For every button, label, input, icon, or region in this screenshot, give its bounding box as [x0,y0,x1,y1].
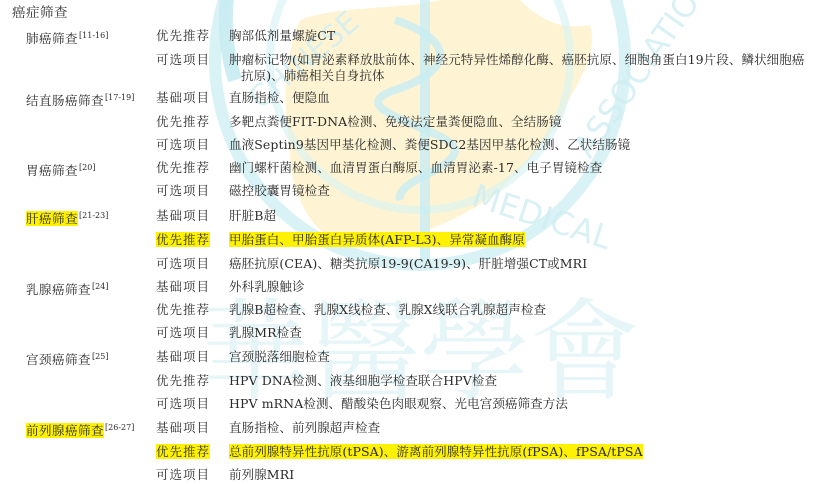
reference-citation[interactable]: [26-27] [105,423,134,432]
screening-category: 结直肠癌筛查[17-19] [26,90,134,109]
methods-text: 总前列腺特异性抗原(tPSA)、游离前列腺特异性抗原(fPSA)、fPSA/tP… [229,444,643,459]
recommendation-label: 优先推荐 [156,232,210,247]
methods-text: 癌胚抗原(CEA)、糖类抗原19-9(CA19-9)、肝脏增强CT或MRI [229,256,587,271]
methods-text: 肿瘤标记物(如胃泌素释放肽前体、神经元特异性烯醇化酶、癌胚抗原、细胞角蛋白19片… [229,52,804,67]
screening-methods: 肿瘤标记物(如胃泌素释放肽前体、神经元特异性烯醇化酶、癌胚抗原、细胞角蛋白19片… [229,52,834,84]
methods-text: 直肠指检、便隐血 [229,90,330,105]
recommendation-level: 优先推荐 [156,28,210,44]
screening-methods: 血液Septin9基因甲基化检测、粪便SDC2基因甲基化检测、乙状结肠镜 [229,137,834,153]
reference-citation[interactable]: [20] [79,163,95,172]
recommendation-label: 可选项目 [156,137,210,152]
recommendation-level: 优先推荐 [156,302,210,318]
screening-methods: 总前列腺特异性抗原(tPSA)、游离前列腺特异性抗原(fPSA)、fPSA/tP… [229,444,834,460]
screening-category: 胃癌筛查[20] [26,160,95,179]
screening-methods: 乳腺MR检查 [229,325,834,341]
screening-methods: 胸部低剂量螺旋CT [229,28,834,44]
category-name: 结直肠癌筛查 [26,93,104,108]
recommendation-label: 可选项目 [156,52,210,67]
recommendation-level: 基础项目 [156,90,210,106]
recommendation-level: 可选项目 [156,52,210,68]
methods-text: 前列腺MRI [229,467,294,482]
screening-methods: HPV DNA检测、液基细胞学检查联合HPV检查 [229,373,834,389]
recommendation-level: 可选项目 [156,183,210,199]
methods-text: 血液Septin9基因甲基化检测、粪便SDC2基因甲基化检测、乙状结肠镜 [229,137,630,152]
reference-citation[interactable]: [24] [92,282,108,291]
recommendation-level: 优先推荐 [156,444,210,460]
recommendation-level: 可选项目 [156,256,210,272]
methods-text-continued: 抗原)、肺癌相关自身抗体 [229,68,834,84]
recommendation-label: 优先推荐 [156,373,210,388]
methods-text: HPV mRNA检测、醋酸染色肉眼观察、光电宫颈癌筛查方法 [229,396,568,411]
reference-citation[interactable]: [21-23] [79,211,108,220]
category-name: 乳腺癌筛查 [26,282,91,297]
recommendation-label: 可选项目 [156,256,210,271]
recommendation-level: 优先推荐 [156,114,210,130]
reference-citation[interactable]: [11-16] [79,31,108,40]
screening-category: 肺癌筛查[11-16] [26,28,108,47]
recommendation-level: 优先推荐 [156,373,210,389]
methods-text: 乳腺B超检查、乳腺X线检查、乳腺X线联合乳腺超声检查 [229,302,546,317]
category-name: 肝癌筛查 [26,211,78,226]
methods-text: 胸部低剂量螺旋CT [229,28,335,43]
reference-citation[interactable]: [25] [92,352,108,361]
methods-text: 外科乳腺触诊 [229,279,305,294]
recommendation-label: 基础项目 [156,349,210,364]
screening-methods: 幽门螺杆菌检测、血清胃蛋白酶原、血清胃泌素-17、电子胃镜检查 [229,160,834,176]
recommendation-label: 优先推荐 [156,114,210,129]
recommendation-level: 可选项目 [156,396,210,412]
methods-text: 多靶点粪便FIT-DNA检测、免疫法定量粪便隐血、全结肠镜 [229,114,561,129]
category-name: 胃癌筛查 [26,163,78,178]
category-name: 肺癌筛查 [26,31,78,46]
screening-category: 宫颈癌筛查[25] [26,349,108,368]
recommendation-label: 基础项目 [156,279,210,294]
screening-methods: 磁控胶囊胃镜检查 [229,183,834,199]
recommendation-label: 优先推荐 [156,28,210,43]
recommendation-level: 可选项目 [156,137,210,153]
recommendation-level: 基础项目 [156,420,210,436]
screening-category: 前列腺癌筛查[26-27] [26,420,134,439]
section-title: 癌症筛查 [12,3,68,23]
methods-text: HPV DNA检测、液基细胞学检查联合HPV检查 [229,373,497,388]
recommendation-label: 优先推荐 [156,302,210,317]
reference-citation[interactable]: [17-19] [105,93,134,102]
recommendation-label: 基础项目 [156,420,210,435]
methods-text: 宫颈脱落细胞检查 [229,349,330,364]
recommendation-label: 可选项目 [156,183,210,198]
methods-text: 直肠指检、前列腺超声检查 [229,420,380,435]
screening-methods: 直肠指检、前列腺超声检查 [229,420,834,436]
screening-methods: HPV mRNA检测、醋酸染色肉眼观察、光电宫颈癌筛查方法 [229,396,834,412]
methods-text: 磁控胶囊胃镜检查 [229,183,330,198]
screening-methods: 前列腺MRI [229,467,834,483]
screening-methods: 多靶点粪便FIT-DNA检测、免疫法定量粪便隐血、全结肠镜 [229,114,834,130]
methods-text: 甲胎蛋白、甲胎蛋白异质体(AFP-L3)、异常凝血酶原 [229,232,525,247]
recommendation-label: 基础项目 [156,90,210,105]
screening-category: 肝癌筛查[21-23] [26,208,108,227]
recommendation-level: 优先推荐 [156,160,210,176]
recommendation-level: 基础项目 [156,279,210,295]
recommendation-label: 可选项目 [156,467,210,482]
recommendation-level: 可选项目 [156,467,210,483]
recommendation-level: 可选项目 [156,325,210,341]
category-name: 宫颈癌筛查 [26,352,91,367]
screening-methods: 直肠指检、便隐血 [229,90,834,106]
methods-text: 肝脏B超 [229,208,276,223]
recommendation-label: 基础项目 [156,208,210,223]
recommendation-level: 基础项目 [156,349,210,365]
methods-text: 乳腺MR检查 [229,325,302,340]
recommendation-level: 基础项目 [156,208,210,224]
category-name: 前列腺癌筛查 [26,423,104,438]
screening-methods: 外科乳腺触诊 [229,279,834,295]
recommendation-level: 优先推荐 [156,232,210,248]
methods-text: 幽门螺杆菌检测、血清胃蛋白酶原、血清胃泌素-17、电子胃镜检查 [229,160,602,175]
recommendation-label: 可选项目 [156,325,210,340]
screening-methods: 乳腺B超检查、乳腺X线检查、乳腺X线联合乳腺超声检查 [229,302,834,318]
screening-methods: 肝脏B超 [229,208,834,224]
recommendation-label: 可选项目 [156,396,210,411]
screening-category: 乳腺癌筛查[24] [26,279,108,298]
recommendation-label: 优先推荐 [156,444,210,459]
screening-methods: 癌胚抗原(CEA)、糖类抗原19-9(CA19-9)、肝脏增强CT或MRI [229,256,834,272]
recommendation-label: 优先推荐 [156,160,210,175]
screening-methods: 宫颈脱落细胞检查 [229,349,834,365]
screening-methods: 甲胎蛋白、甲胎蛋白异质体(AFP-L3)、异常凝血酶原 [229,232,834,248]
